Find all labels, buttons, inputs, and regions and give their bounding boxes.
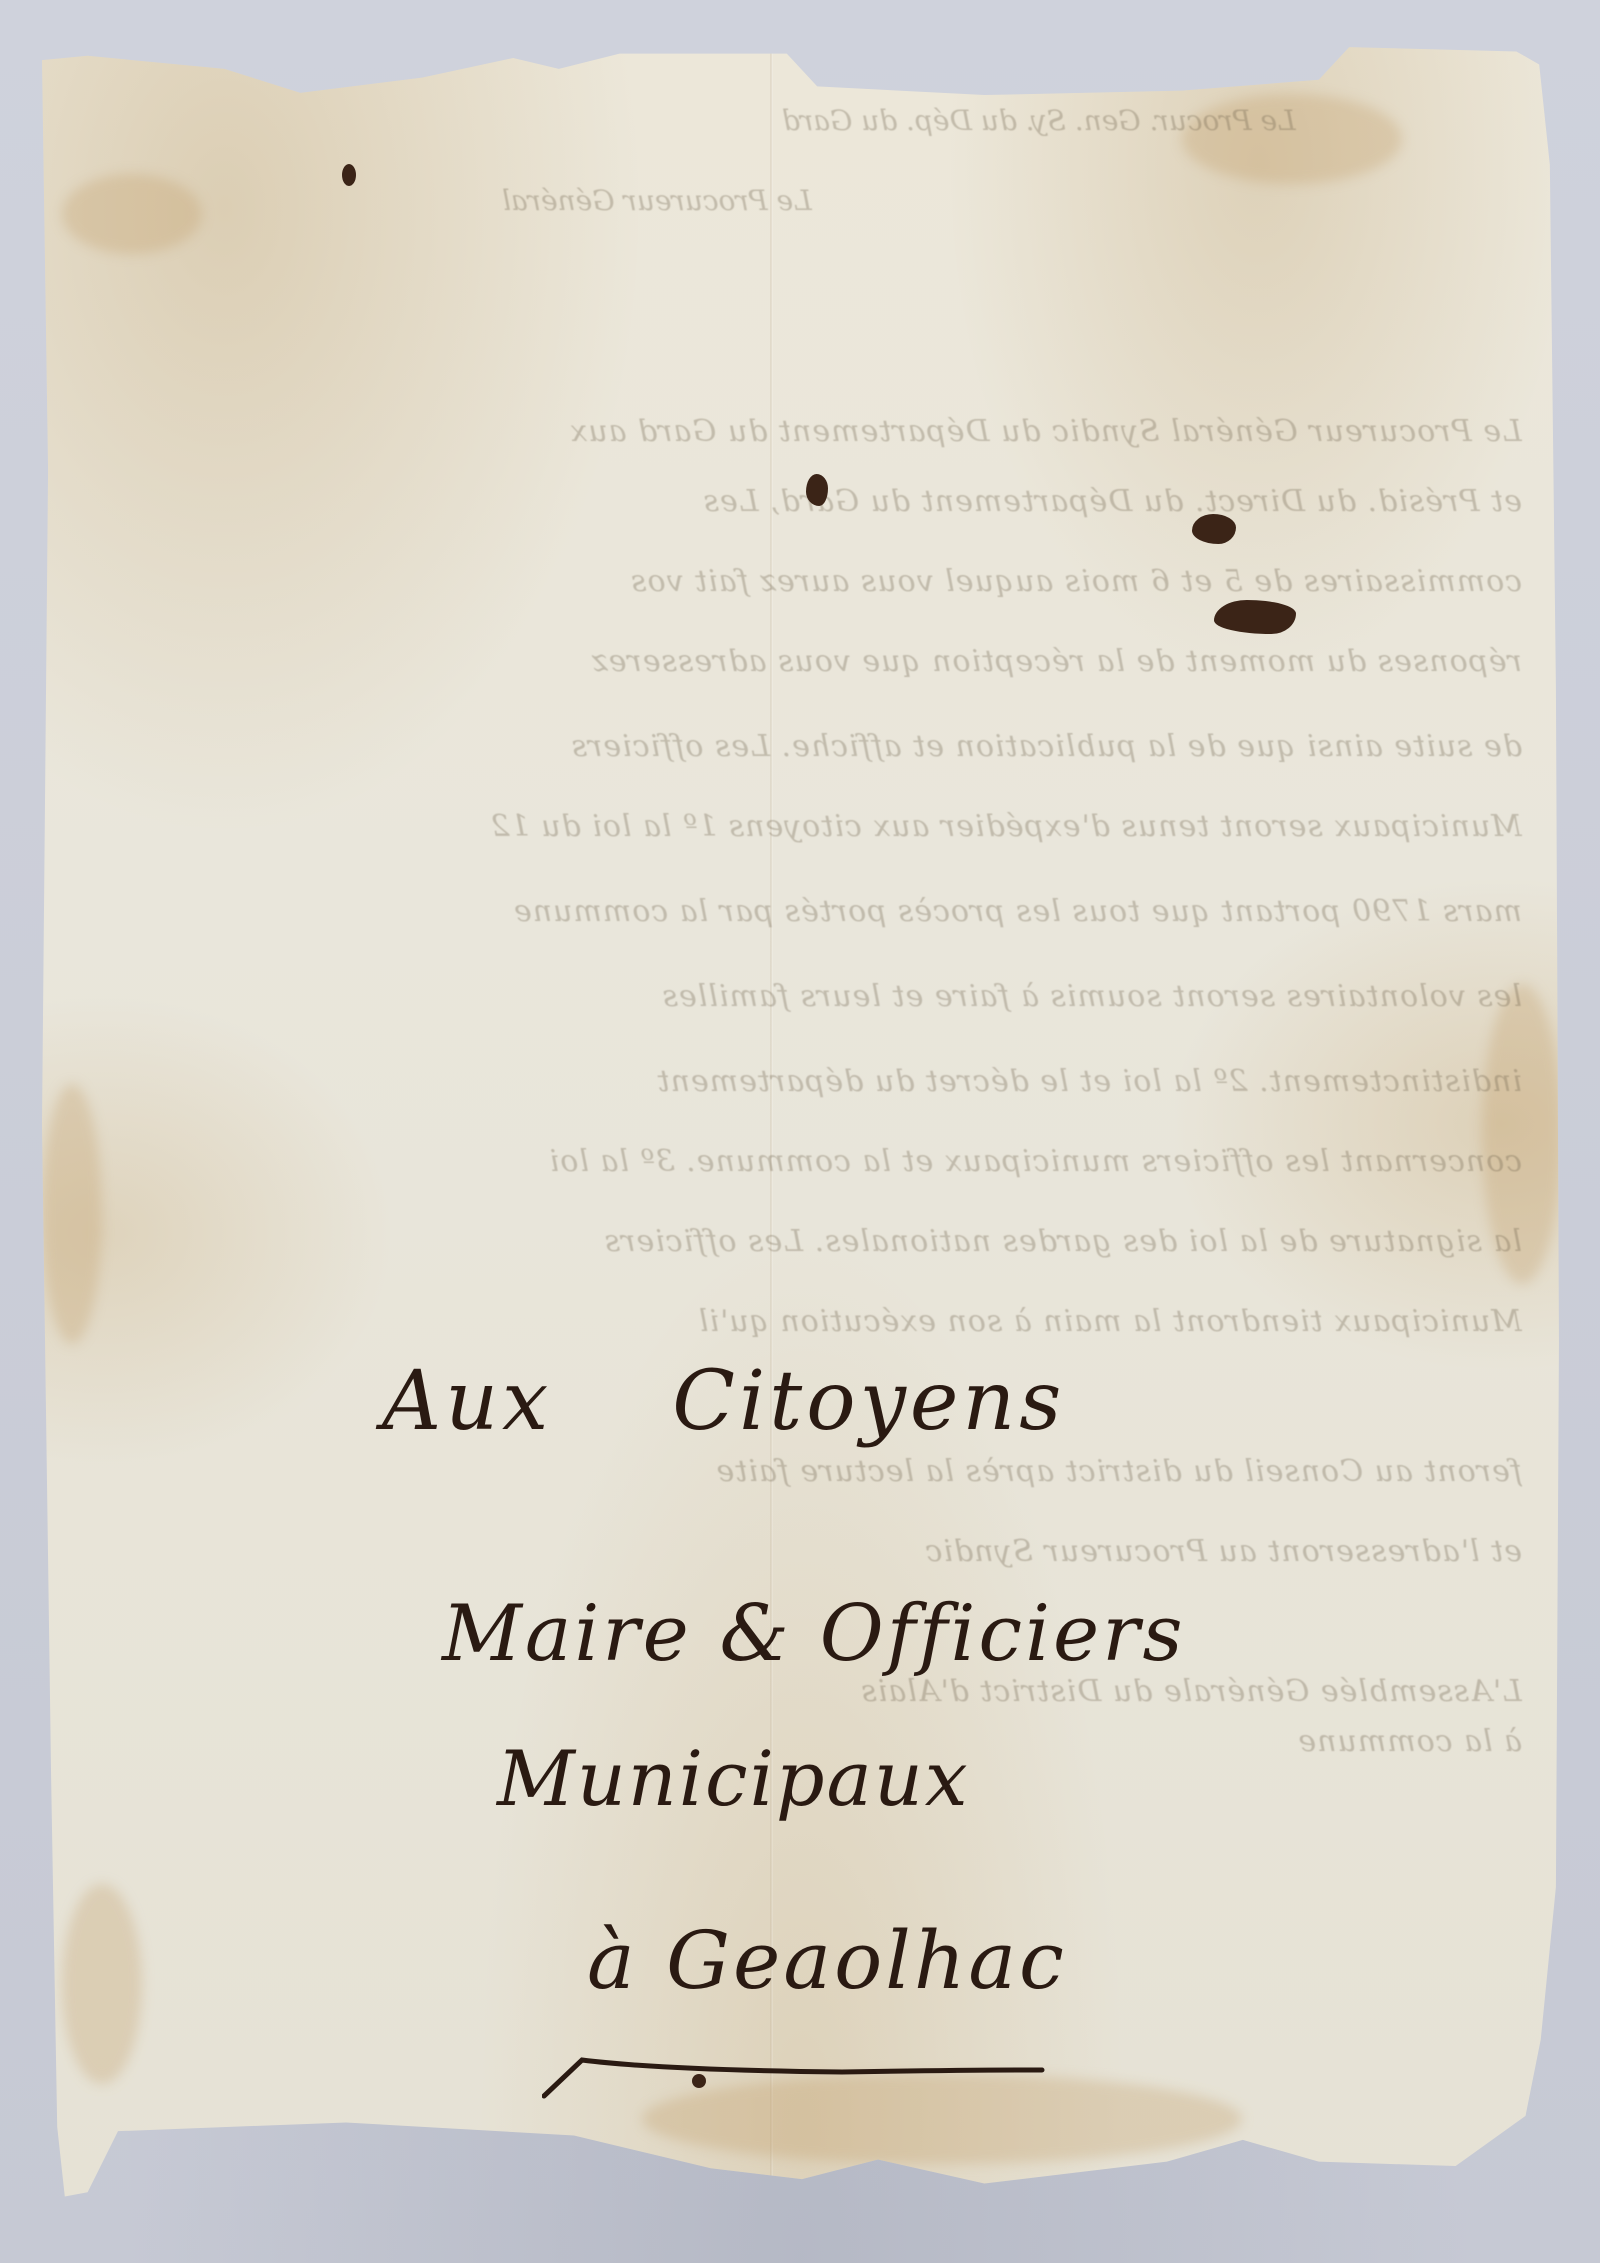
foxing-stain — [62, 1884, 142, 2084]
address-line-2: Maire & Officiers — [442, 1589, 1186, 1679]
bleed-through-line: réponses du moment de la réception que v… — [82, 644, 1522, 679]
bleed-through-line: la signature de la loi des gardes nation… — [82, 1224, 1522, 1259]
bleed-through-line: de suite ainsi que de la publication et … — [82, 729, 1522, 764]
ink-blot — [1214, 600, 1296, 634]
vertical-fold-crease — [770, 34, 773, 2214]
bleed-through-line: les volontaires seront soumis à faire et… — [82, 979, 1522, 1014]
bleed-through-line: et l'adresseront au Procureur Syndic — [82, 1534, 1522, 1569]
bleed-through-line: commissaires de 5 et 6 mois auquel vous … — [82, 564, 1522, 599]
address-aux: Aux — [382, 1354, 552, 1449]
bleed-through-line: Le Procureur Général Syndic du Départeme… — [82, 414, 1522, 449]
ink-blot — [1192, 514, 1236, 544]
bleed-through-line: L'Assemblée Générale du District d'Alais — [622, 1674, 1522, 1709]
bleed-through-line: mars 1790 portant que tous les procès po… — [82, 894, 1522, 929]
paper-sheet: Le Procur. Gen. Sy. du Dép. du Gard Le P… — [42, 34, 1562, 2214]
address-line-3: Municipaux — [497, 1734, 970, 1823]
address-citoyens: Citoyens — [672, 1354, 1065, 1449]
bleed-through-line: Municipaux tiendront la main à son exécu… — [82, 1304, 1522, 1339]
address-line-4: à Geaolhac — [587, 1914, 1067, 2007]
bleed-through-heading-2: Le Procureur Général — [502, 184, 812, 217]
bleed-through-line: concernant les officiers municipaux et l… — [82, 1144, 1522, 1179]
ink-blot — [806, 474, 828, 506]
bleed-through-line: et Présid. du Direct. du Département du … — [82, 484, 1522, 519]
bleed-through-line: indistinctement. 2º la loi et le décret … — [82, 1064, 1522, 1099]
address-line-1: AuxCitoyens — [382, 1354, 1065, 1449]
bleed-through-heading-1: Le Procur. Gen. Sy. du Dép. du Gard — [782, 104, 1296, 137]
bleed-through-line: feront au Conseil du district après la l… — [82, 1454, 1522, 1489]
bleed-through-line: Municipaux seront tenus d'expédier aux c… — [82, 809, 1522, 844]
underline-flourish — [542, 2044, 1062, 2104]
foxing-stain — [62, 174, 202, 254]
ink-mark — [342, 164, 356, 186]
